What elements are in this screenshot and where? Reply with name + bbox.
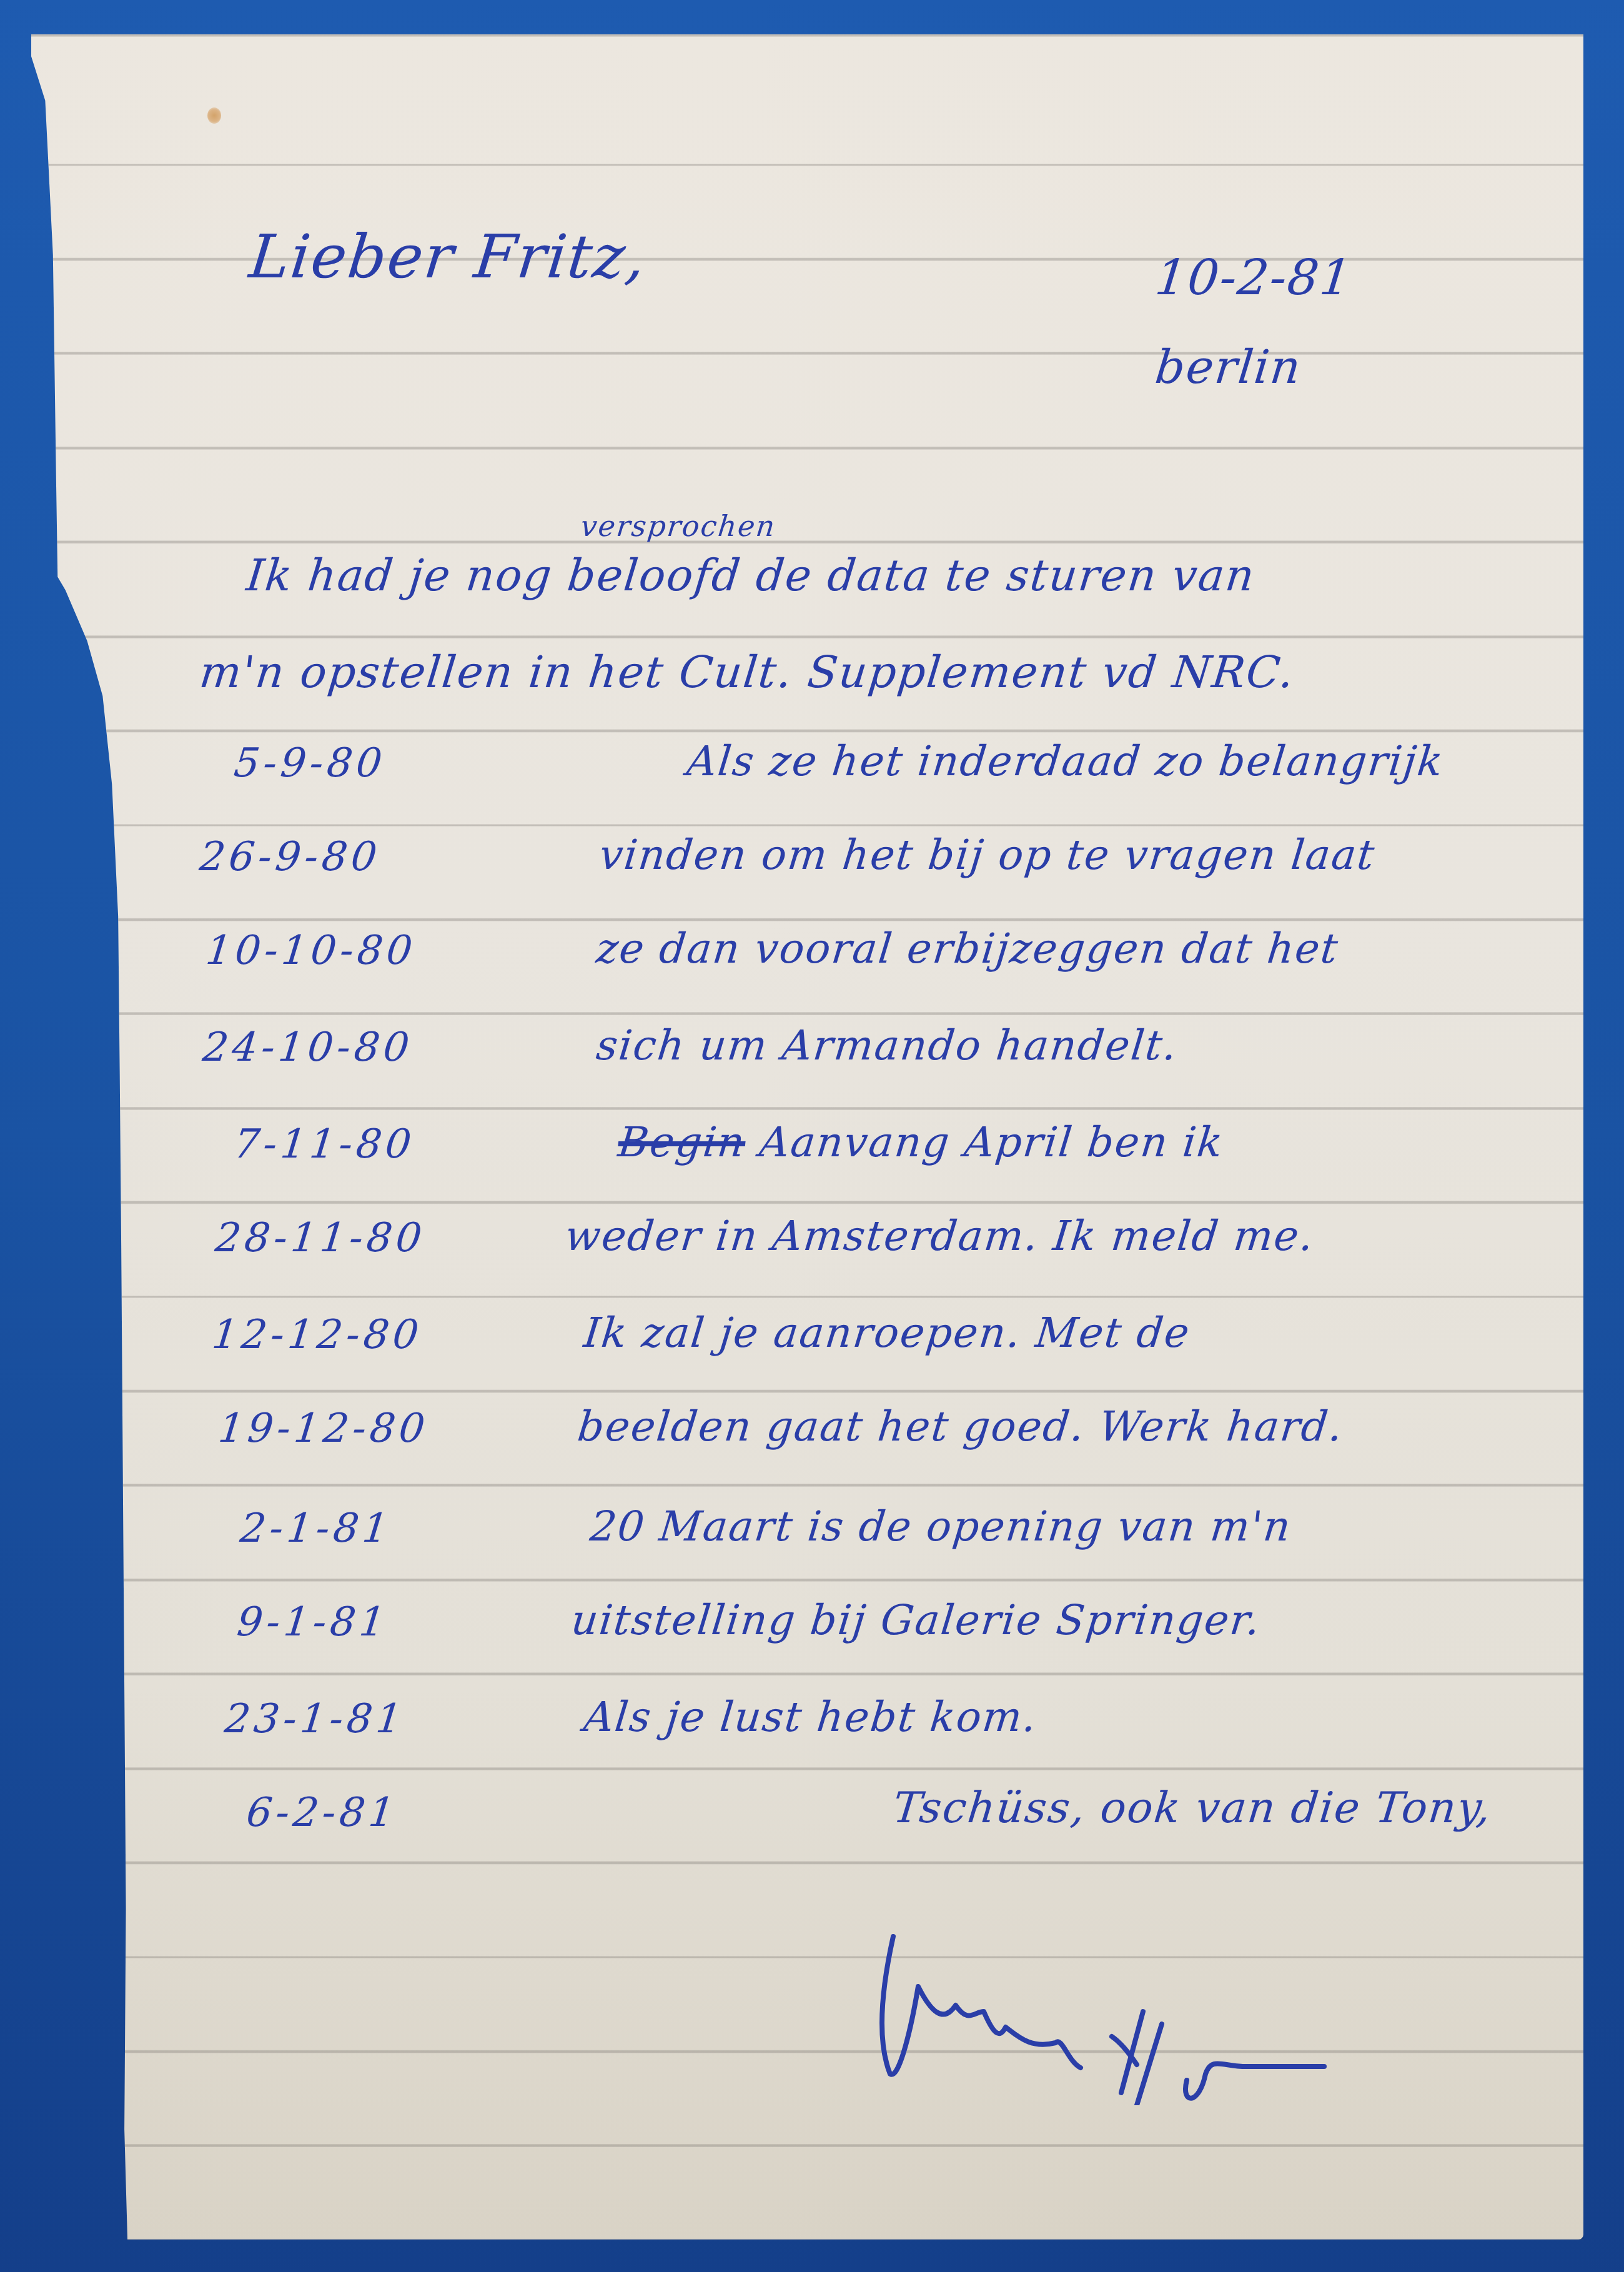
row-date: 9-1-81 — [235, 1599, 391, 1645]
signature-label: Armando — [883, 1949, 1247, 2036]
row-text: Aanvang April ben ik — [757, 1118, 1226, 1166]
row-text: weder in Amsterdam. Ik meld me. — [563, 1212, 1317, 1260]
row-date: 23-1-81 — [222, 1696, 408, 1742]
row-date: 5-9-80 — [232, 740, 388, 786]
row-date: 19-12-80 — [216, 1406, 430, 1452]
row-date: 7-11-80 — [232, 1121, 417, 1168]
opening-line-1: Ik had je nog beloofd de data te sturen … — [244, 550, 1258, 601]
row-text: uitstelling bij Galerie Springer. — [569, 1596, 1264, 1644]
row-date: 12-12-80 — [210, 1312, 424, 1358]
row-text: ze dan vooral erbijzeggen dat het — [594, 925, 1341, 973]
salutation: Lieber Fritz, — [246, 222, 650, 292]
letter-date: 10-2-81 — [1152, 250, 1355, 306]
row-date: 6-2-81 — [244, 1790, 400, 1836]
row-text: 20 Maart is de opening van m'n — [588, 1502, 1294, 1550]
row-date: 24-10-80 — [201, 1024, 415, 1071]
row-date: 28-11-80 — [213, 1215, 427, 1261]
row-text-with-correction: Begin Aanvang April ben ik — [616, 1118, 1226, 1166]
row-text: beelden gaat het goed. Werk hard. — [575, 1402, 1346, 1451]
inserted-word: versprochen — [579, 509, 778, 543]
row-text: Ik zal je aanroepen. Met de — [582, 1309, 1193, 1357]
paper-stain — [207, 107, 221, 124]
letter-place: berlin — [1152, 340, 1304, 394]
row-text: Als ze het inderdaad zo belangrijk — [685, 737, 1446, 785]
row-date: 2-1-81 — [238, 1506, 394, 1552]
row-date: 26-9-80 — [197, 834, 383, 880]
struck-word: Begin — [616, 1118, 748, 1166]
opening-line-2: m'n opstellen in het Cult. Supplement vd… — [197, 647, 1297, 698]
row-text: Als je lust hebt kom. — [582, 1693, 1040, 1741]
row-text: vinden om het bij op te vragen laat — [597, 831, 1378, 879]
row-text: sich um Armando handelt. — [594, 1021, 1180, 1069]
row-date: 10-10-80 — [204, 928, 418, 974]
closing-line: Tschüss, ook van die Tony, — [891, 1783, 1494, 1833]
